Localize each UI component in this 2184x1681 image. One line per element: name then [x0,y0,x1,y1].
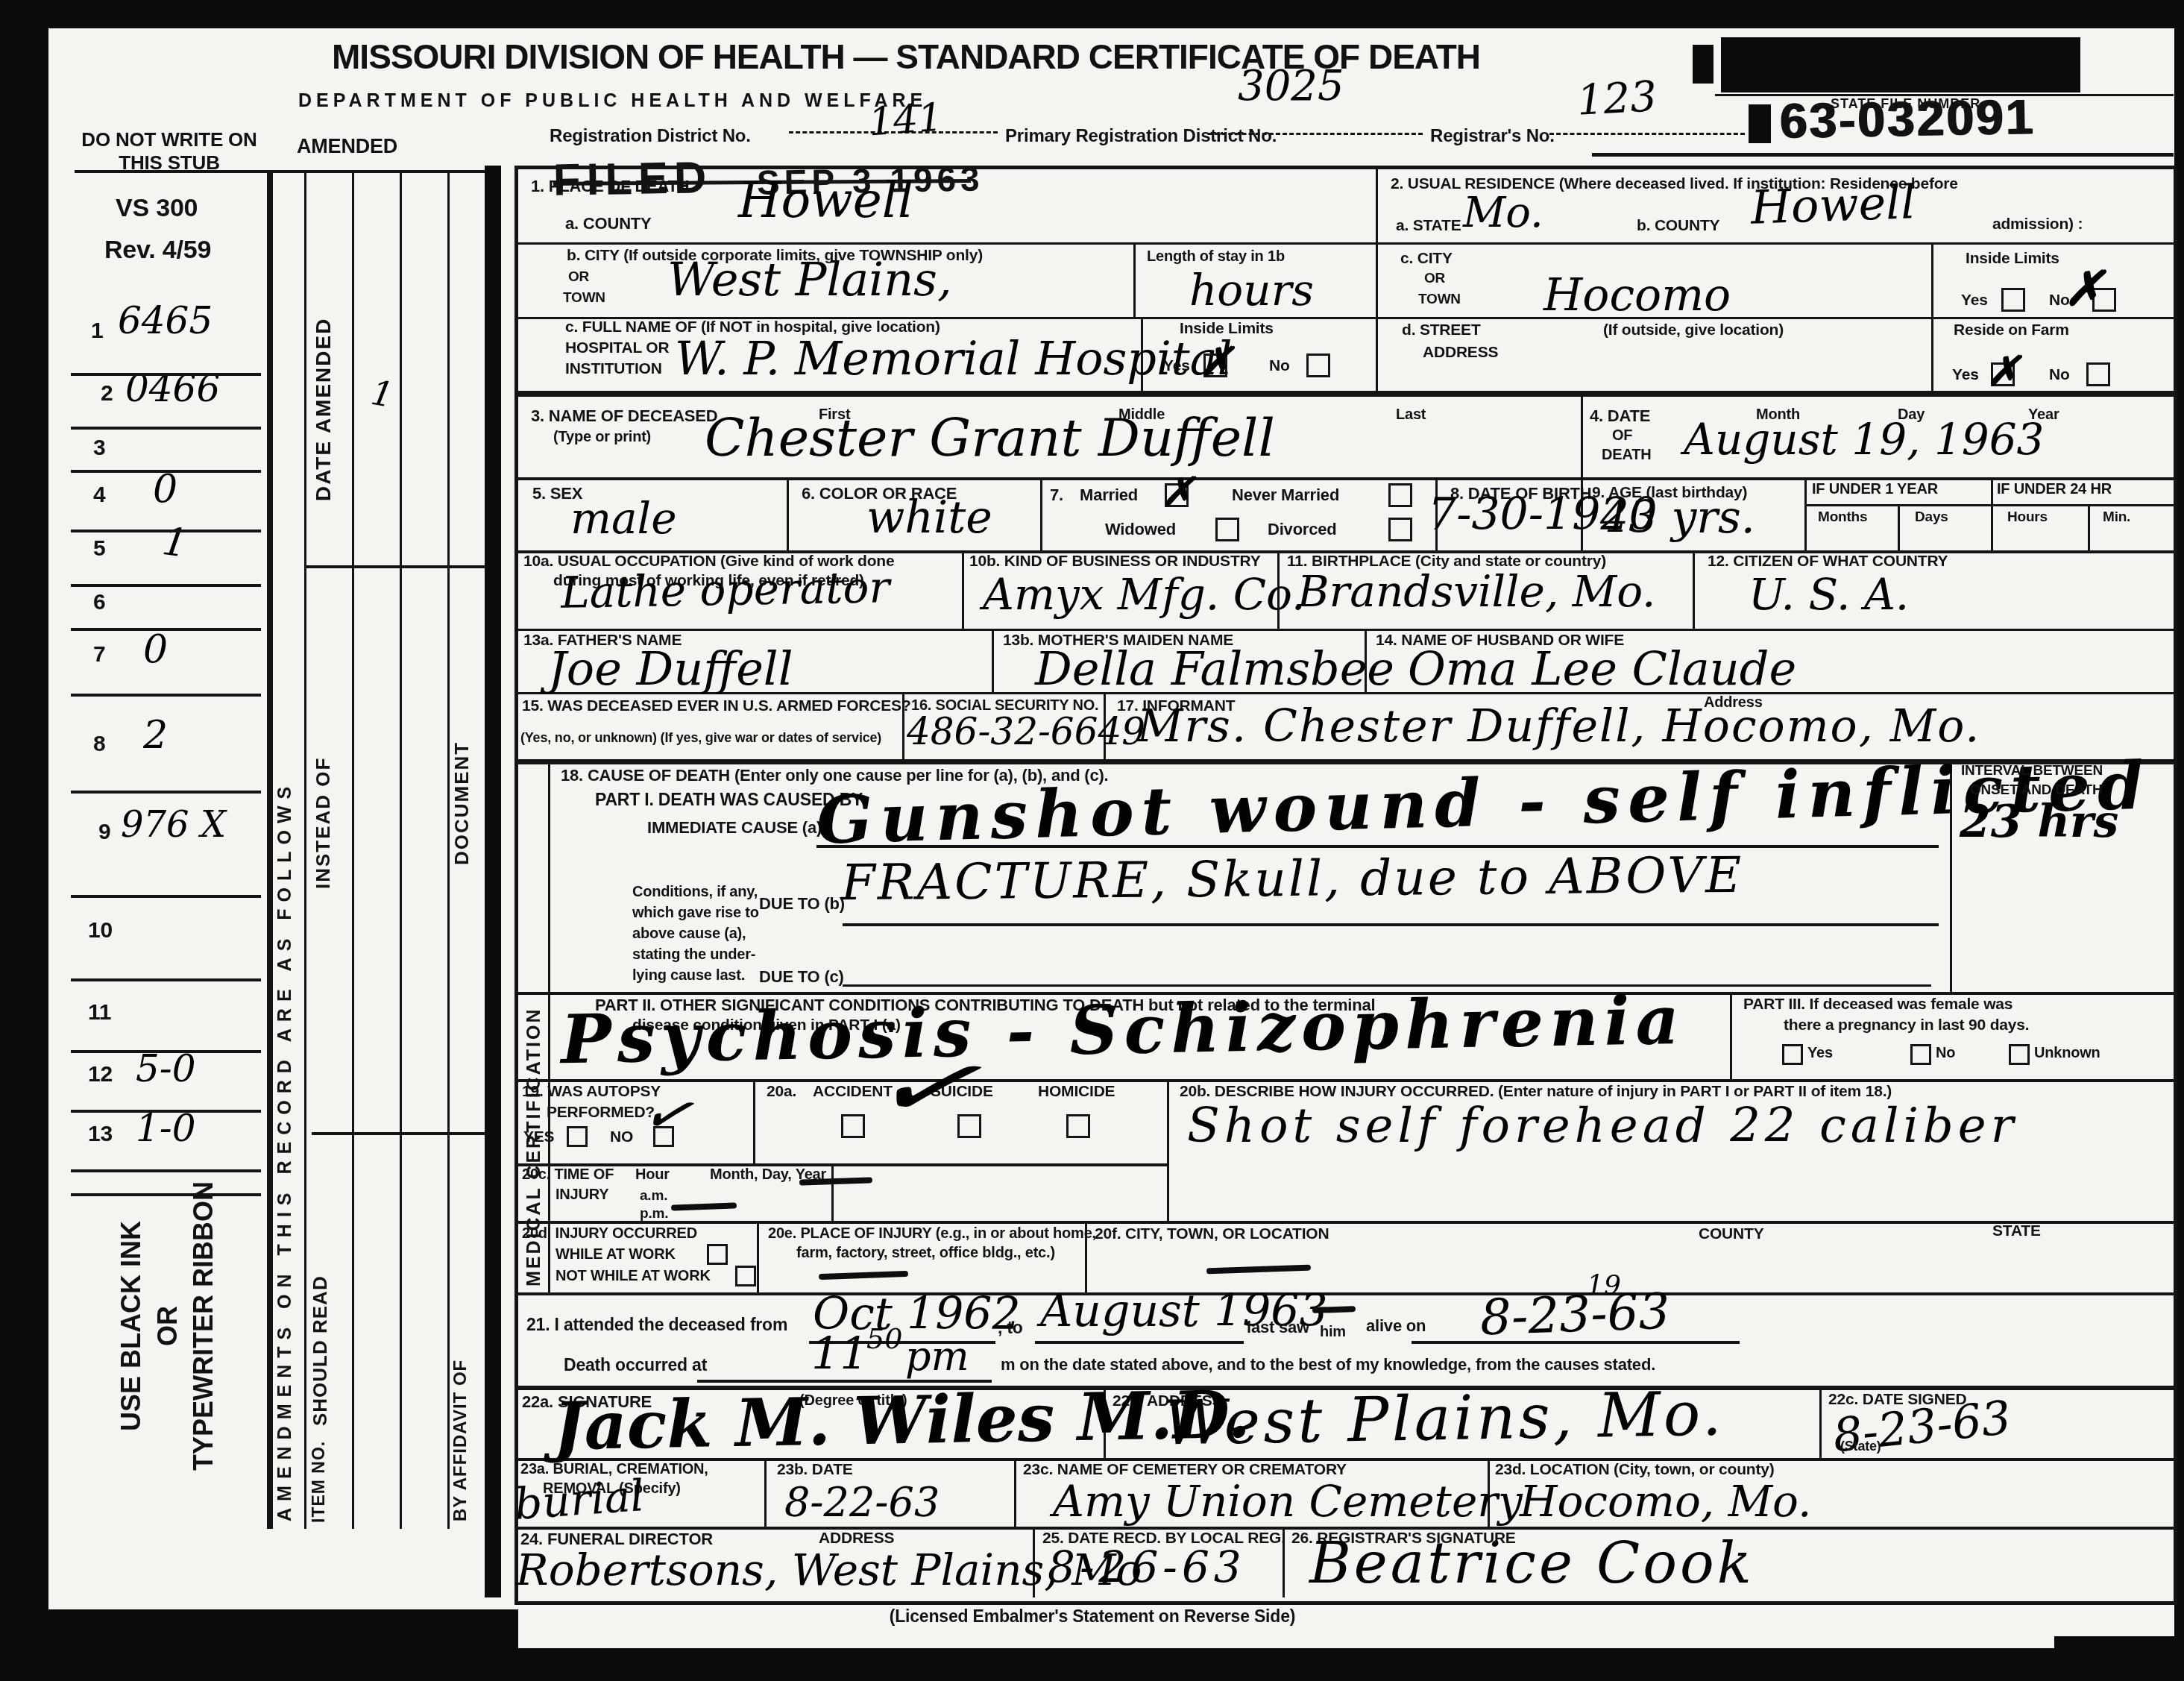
stub-row-num: 7 [93,643,106,667]
f25-value: 8-26-63 [1048,1545,1246,1589]
f13b-value: Della Falmsbee [1035,646,1394,692]
f23a-value: burial [513,1474,646,1526]
stub-use-black-ink-line2: OR [150,1154,186,1498]
f1-inside-yes-mark: ✗ [1199,342,1233,382]
stub-use-black-ink-line3: TYPEWRITER RIBBON [186,1154,222,1498]
part3-no-checkbox [1910,1044,1931,1065]
f1-inside-no-label: No [1269,358,1290,374]
stub-row-value: 0 [153,470,177,509]
f15-label1: 15. WAS DECEASED EVER IN U.S. ARMED FORC… [522,698,911,714]
f1-county-value: Howell [738,176,913,225]
f2-inside-limits-label: Inside Limits [1966,251,2059,267]
scan-border-left [0,0,48,1681]
f1-county-label: a. COUNTY [565,215,652,232]
f9-hours-label: Hours [2007,510,2048,525]
f19-yes-checkbox [567,1126,588,1147]
f19-label1: 19. WAS AUTOPSY [522,1084,661,1100]
f4-label1: 4. DATE [1590,407,1650,424]
f10b-value: Amyx Mfg. Co. [983,573,1305,616]
f2-street-label1: d. STREET [1402,322,1481,339]
f18-conditions-note5: lying cause last. [632,968,745,984]
f7-married-mark: ✗ [1162,473,1195,512]
f21-time-suffix: pm [905,1336,969,1377]
stub-form-code: VS 300 [116,195,198,222]
f7-never-married-label: Never Married [1232,486,1339,503]
f20a-homicide-label: HOMICIDE [1038,1084,1115,1100]
f21-attended-label: 21. I attended the deceased from [526,1316,787,1333]
f23b-value: 8-22-63 [784,1483,940,1523]
f1-title: 1. PLACE OF DEATH [531,177,690,195]
f23b-label: 23b. DATE [777,1462,853,1478]
f20a-homicide-checkbox [1066,1114,1090,1138]
f21-time-sup: 50 [866,1325,902,1353]
part3-yes-checkbox [1782,1044,1803,1065]
f20b-label: 20b. DESCRIBE HOW INJURY OCCURRED. (Ente… [1180,1084,1892,1100]
f22-state-note: (State) [1840,1439,1881,1454]
f13a-value: Joe Duffell [548,646,793,692]
stub-col-by-affidavit: BY AFFIDAVIT OF [450,1360,471,1521]
f1-or: OR [568,270,589,285]
f2-farm-no-label: No [2049,367,2070,383]
scan-border-bottom-left [0,1609,518,1681]
f1-hospital-label3: INSTITUTION [565,361,662,377]
f18-immediate-label: IMMEDIATE CAUSE (a) [647,819,822,836]
f2-county-label: b. COUNTY [1637,218,1719,234]
primary-district-label: Primary Registration District No. [1005,127,1277,145]
f7-divorced-checkbox [1388,518,1412,541]
f20c-label2: INJURY [556,1187,608,1203]
state-file-number: 63-032091 [1778,91,2035,147]
f20a-accident-checkbox [841,1114,865,1138]
part3-yes-label: Yes [1807,1046,1833,1061]
stub-col-date-amended: DATE AMENDED [312,318,336,501]
stub-amended-label: AMENDED [297,136,397,157]
f2-city-value: Hocomo [1543,273,1731,318]
f20c-pm-label: p.m. [640,1207,668,1222]
f2-admission: admission) : [1992,216,2083,233]
f20f-county-label: COUNTY [1699,1226,1763,1242]
stub-col-instead-of: INSTEAD OF [312,757,335,889]
f9-months-label: Months [1818,510,1867,525]
department-subtitle: DEPARTMENT OF PUBLIC HEALTH AND WELFARE [298,91,927,110]
stub-do-not-write: DO NOT WRITE ON THIS STUB [81,128,258,175]
f1-stay-label: Length of stay in 1b [1147,249,1285,265]
f18-conditions-note2: which gave rise to [632,905,759,921]
certificate-title: MISSOURI DIVISION OF HEALTH — STANDARD C… [254,39,1558,75]
f1-city-value: West Plains, [667,257,952,303]
stub-header-line [75,170,494,173]
f21-alive-on-label: alive on [1366,1317,1426,1334]
f3-last: Last [1396,407,1426,423]
f14-value: Oma Lee Claude [1408,646,1796,692]
f2-farm-yes-label: Yes [1952,367,1979,383]
scan-border-bottom-right [2054,1636,2184,1681]
registrar-no-label: Registrar's No. [1430,127,1555,145]
f9-under1yr-label: IF UNDER 1 YEAR [1812,482,1938,497]
f7-number: 7. [1050,486,1063,503]
stub-col-item-no: ITEM NO. [309,1441,329,1523]
f9-days-label: Days [1915,510,1948,525]
f22a-signature: Jack M. Wiles M.D. [553,1381,1250,1459]
stub-row-num: 10 [88,919,113,943]
f10a-value: Lathe operator [561,565,890,615]
f2-county-value: Howell [1750,179,1916,231]
stub-row-num: 3 [93,436,106,460]
f20c-label1: 20c. TIME OF [522,1167,614,1183]
stub-row-value: 976 X [121,807,226,843]
f18-cause-b-value: FRACTURE, Skull, due to ABOVE [841,851,1744,908]
part3-label2: there a pregnancy in last 90 days. [1784,1017,2029,1034]
stub-row-num: 1 [91,319,104,343]
f21-last-seen-date: 8-23-63 [1479,1287,1671,1343]
f19-yes-label: YES [523,1129,554,1146]
f2-inside-no-mark: ✗ [2064,265,2104,313]
stub-row-num: 9 [98,820,111,844]
part3-no-label: No [1936,1046,1955,1061]
f1-hospital-value: W. P. Memorial Hospital [675,336,1233,382]
f1-stay-value: hours [1189,268,1314,312]
registrar-no-line [1549,133,1745,135]
f18-conditions-note1: Conditions, if any, [632,885,758,900]
f20a-suicide-mark: ✓ [864,1037,986,1137]
part2-value: Psychosis - Schizophrenia [560,987,1685,1073]
stub-row-num: 12 [88,1063,113,1087]
stub-row-num: 6 [93,591,106,615]
f6-value: white [866,495,992,540]
reg-district-value: 141 [867,98,944,142]
f20d-while-checkbox [707,1244,728,1265]
scan-border-top [0,0,2184,28]
f4-label2: OF [1612,428,1632,444]
registrar-no-value: 123 [1576,76,1658,122]
stub-col-should-read: SHOULD READ [309,1275,332,1426]
f7-divorced-label: Divorced [1268,521,1337,538]
footer-note: (Licensed Embalmer's Statement on Revers… [869,1607,1316,1625]
f18-conditions-note4: stating the under- [632,947,755,963]
stub-row-value: 1-0 [136,1110,196,1147]
f12-label: 12. CITIZEN OF WHAT COUNTRY [1708,553,1948,570]
reg-district-label: Registration District No. [550,127,751,145]
f2-or: OR [1424,271,1445,286]
f17-value: Mrs. Chester Duffell, Hocomo, Mo. [1137,704,1980,749]
f19-label2: PERFORMED? [547,1105,655,1121]
f21-him-label: him [1320,1325,1346,1340]
f20f-label: 20f. CITY, TOWN, OR LOCATION [1095,1226,1329,1242]
f4-value: August 19, 1963 [1684,418,2045,461]
f2-street-label2: ADDRESS [1423,345,1498,361]
f20c-hour-label: Hour [635,1167,670,1183]
f2-inside-yes-checkbox [2001,288,2025,312]
stamp-line-bottom [1592,153,2174,157]
f20d-while-label: WHILE AT WORK [556,1247,676,1263]
f7-widowed-label: Widowed [1105,521,1176,538]
f21-tail-label: m on the date stated above, and to the b… [1001,1356,1655,1373]
f2-farm-label: Reside on Farm [1954,322,2069,339]
f5-value: male [570,497,676,540]
f9-value: 43 yrs. [1600,495,1755,540]
f2-outside-note: (If outside, give location) [1603,322,1784,339]
redaction-mark [1693,45,1713,84]
f3-sub: (Type or print) [553,430,651,445]
f18-due-c-label: DUE TO (c) [759,968,844,985]
f20f-state-label: STATE [1992,1223,2041,1239]
stub-row-num: 2 [101,382,113,406]
form-separator-bar [485,166,501,1597]
stub-row-value: 2 [143,716,168,755]
f20e-label2: farm, factory, street, office bldg., etc… [796,1245,1055,1261]
f20b-value: Shot self forehead 22 caliber [1187,1102,2018,1150]
stamp-block [1749,104,1771,143]
f10b-label: 10b. KIND OF BUSINESS OR INDUSTRY [969,553,1261,570]
stub-row-num: 4 [93,483,106,507]
f20c-am-label: a.m. [640,1189,667,1204]
redaction-box [1721,37,2080,92]
f2-city-label: c. CITY [1400,251,1453,267]
f20d-not-while-checkbox [735,1266,756,1286]
stub-amendments-note: AMENDMENTS ON THIS RECORD ARE AS FOLLOWS [274,780,296,1521]
f3-label: 3. NAME OF DECEASED [531,407,717,424]
stub-use-black-ink: USE BLACK INK OR TYPEWRITER RIBBON [113,1154,222,1498]
f2-farm-no-checkbox [2086,362,2110,386]
f1-inside-limits-label: Inside Limits [1180,321,1274,337]
f2-state-label: a. STATE [1396,218,1461,234]
f2-town: TOWN [1418,292,1461,307]
f23c-value: Amy Union Cemetery [1053,1480,1523,1523]
primary-district-value: 3025 [1238,66,1344,107]
stub-row-value: 5-0 [136,1050,196,1087]
f9-min-label: Min. [2103,510,2130,525]
primary-district-line [1208,133,1423,135]
f20e-label1: 20e. PLACE OF INJURY (e.g., in or about … [768,1226,1096,1242]
f12-value: U. S. A. [1749,573,1909,616]
stub-row-num: 13 [88,1122,113,1146]
death-certificate-scan: MISSOURI DIVISION OF HEALTH — STANDARD C… [0,0,2184,1681]
f7-never-married-checkbox [1388,483,1412,507]
f11-value: Brandsville, Mo. [1297,570,1656,613]
f1-inside-yes-label: Yes [1163,358,1190,374]
stub-row-num: 8 [93,732,106,756]
f19-no-label: NO [610,1129,633,1146]
stub-revision: Rev. 4/59 [104,237,211,264]
f3-value: Chester Grant Duffell [705,412,1275,464]
f21-death-at-label: Death occurred at [564,1356,707,1374]
f1-inside-no-checkbox [1306,354,1330,377]
part3-unknown-label: Unknown [2034,1046,2100,1061]
stub-row-value: 6465 [118,302,213,339]
f2-state-value: Mo. [1463,192,1543,234]
f9-under24hr-label: IF UNDER 24 HR [1997,482,2112,497]
f23d-value: Hocomo, Mo. [1520,1480,1811,1523]
f20d-label1: 20d. INJURY OCCURRED [522,1226,697,1242]
f18-interval-value: 23 hrs [1960,799,2118,844]
f7-married-label: Married [1080,486,1138,503]
stub-use-black-ink-line1: USE BLACK INK [113,1154,150,1498]
stub-col-document: DOCUMENT [450,741,473,865]
f18-interval-label1: INTERVAL BETWEEN [1961,764,2103,779]
f2-inside-yes-label: Yes [1961,292,1988,309]
f7-widowed-checkbox [1215,518,1239,541]
f15-label2: (Yes, no, or unknown) (If yes, give war … [520,731,881,745]
part3-label1: PART III. If deceased was female was [1743,996,2013,1013]
f20a-number: 20a. [767,1084,796,1100]
f4-label3: DEATH [1602,447,1651,463]
f18-due-b-label: DUE TO (b) [759,895,845,912]
f2-farm-yes-mark: ✗ [1986,351,2020,391]
stub-row-value: 0 [143,630,168,669]
f20d-not-while-label: NOT WHILE AT WORK [556,1269,711,1284]
f16-value: 486-32-6649 [907,713,1145,750]
f21-time-main: 11 [811,1332,868,1377]
f18-conditions-note3: above cause (a), [632,926,746,942]
f26-value: Beatrice Cook [1309,1535,1755,1592]
f21-to-label: , to [998,1319,1023,1336]
f21-last-saw-label: last saw [1247,1319,1309,1336]
stub-row-num: 5 [93,537,106,561]
stub-row-num: 11 [88,1001,111,1025]
f1-hospital-label2: HOSPITAL OR [565,340,669,356]
f1-town: TOWN [563,291,605,306]
part3-unknown-checkbox [2009,1044,2030,1065]
